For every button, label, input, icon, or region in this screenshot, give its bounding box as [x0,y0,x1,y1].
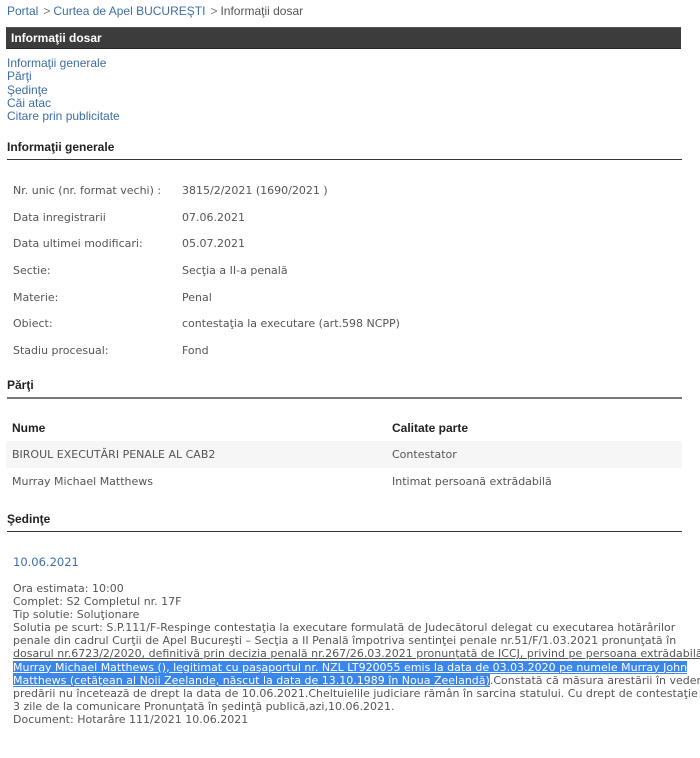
complet: Complet: S2 Completul nr. 17F [13,595,683,608]
info-row: Data ultimei modificari:05.07.2021 [13,230,400,257]
info-label: Obiect: [13,317,182,330]
page-title-bar: Informaţii dosar [6,27,681,49]
table-of-contents: Informaţii generale Părţi Şedinţe Căi at… [7,57,120,123]
info-label: Stadiu procesual: [13,344,182,357]
solutie-line: dosarul nr.6723/2/2020, definitivă prin … [13,647,683,660]
info-row: Nr. unic (nr. format vechi) :3815/2/2021… [13,177,400,204]
document-info: Document: Hotarâre 111/2021 10.06.2021 [13,713,683,726]
info-value: 3815/2/2021 (1690/2021 ) [182,184,328,197]
sedinta-details: Ora estimata: 10:00 Complet: S2 Completu… [13,582,683,726]
sedinta-date: 10.06.2021 [13,555,79,569]
breadcrumb: Portal>Curtea de Apel BUCUREŞTI>Informaţ… [7,4,303,18]
selected-text: Murray Michael Matthews (), legitimat cu… [13,661,687,674]
info-value: contestaţia la executare (art.598 NCPP) [182,317,400,330]
info-row: Sectie:Secţia a II-a penală [13,257,400,284]
section-heading-parti: Părţi [7,378,682,399]
column-header-calitate: Calitate parte [386,421,468,435]
toc-link-sedinte[interactable]: Şedinţe [7,84,120,97]
parti-table: Nume Calitate parte BIROUL EXECUTĂRI PEN… [6,414,682,495]
section-heading-sedinte: Şedinţe [7,512,682,532]
solutie-line: penale din cadrul Curţii de Apel Bucureş… [13,634,683,647]
general-info-table: Nr. unic (nr. format vechi) :3815/2/2021… [13,177,400,364]
column-header-nume: Nume [6,421,386,435]
solutie-line: predării nu încetează de drept la data d… [13,687,683,700]
toc-link-cai-atac[interactable]: Căi atac [7,97,120,110]
info-value: Penal [182,291,212,304]
info-value: Secţia a II-a penală [182,264,288,277]
info-label: Data inregistrarii [13,211,182,224]
solutie-line: 3 zile de la comunicare Pronunţată în şe… [13,700,683,713]
info-label: Sectie: [13,264,182,277]
info-row: Stadiu procesual:Fond [13,337,400,364]
info-value: 05.07.2021 [182,237,245,250]
tip-solutie: Tip solutie: Soluţionare [13,608,683,621]
info-row: Materie:Penal [13,284,400,311]
table-row: BIROUL EXECUTĂRI PENALE AL CAB2 Contesta… [6,441,682,468]
info-value: Fond [182,344,209,357]
info-label: Data ultimei modificari: [13,237,182,250]
section-heading-general: Informaţii generale [7,140,682,160]
toc-link-general[interactable]: Informaţii generale [7,57,120,70]
info-row: Obiect:contestaţia la executare (art.598… [13,310,400,337]
table-row: Murray Michael Matthews Intimat persoană… [6,468,682,495]
breadcrumb-curtea[interactable]: Curtea de Apel BUCUREŞTI [53,4,205,18]
info-label: Nr. unic (nr. format vechi) : [13,184,182,197]
info-value: 07.06.2021 [182,211,245,224]
info-row: Data inregistrarii07.06.2021 [13,204,400,231]
party-role: Contestator [386,448,457,461]
party-role: Intimat persoană extrădabilă [386,475,552,488]
party-name: BIROUL EXECUTĂRI PENALE AL CAB2 [6,448,386,461]
party-name: Murray Michael Matthews [6,475,386,488]
table-header: Nume Calitate parte [6,414,682,441]
solutie-text: .Constată că măsura arestării în vederea [490,674,700,687]
breadcrumb-separator: > [210,4,217,18]
selected-text: Matthews (cetăţean al Noii Zeelande, năs… [13,674,490,687]
breadcrumb-current: Informaţii dosar [220,4,303,18]
toc-link-parti[interactable]: Părţi [7,70,120,83]
ora-estimata: Ora estimata: 10:00 [13,582,683,595]
toc-link-citare[interactable]: Citare prin publicitate [7,110,120,123]
breadcrumb-separator: > [43,4,50,18]
solutie-line: Solutia pe scurt: S.P.111/F-Respinge con… [13,621,683,634]
info-label: Materie: [13,291,182,304]
breadcrumb-portal[interactable]: Portal [7,4,38,18]
